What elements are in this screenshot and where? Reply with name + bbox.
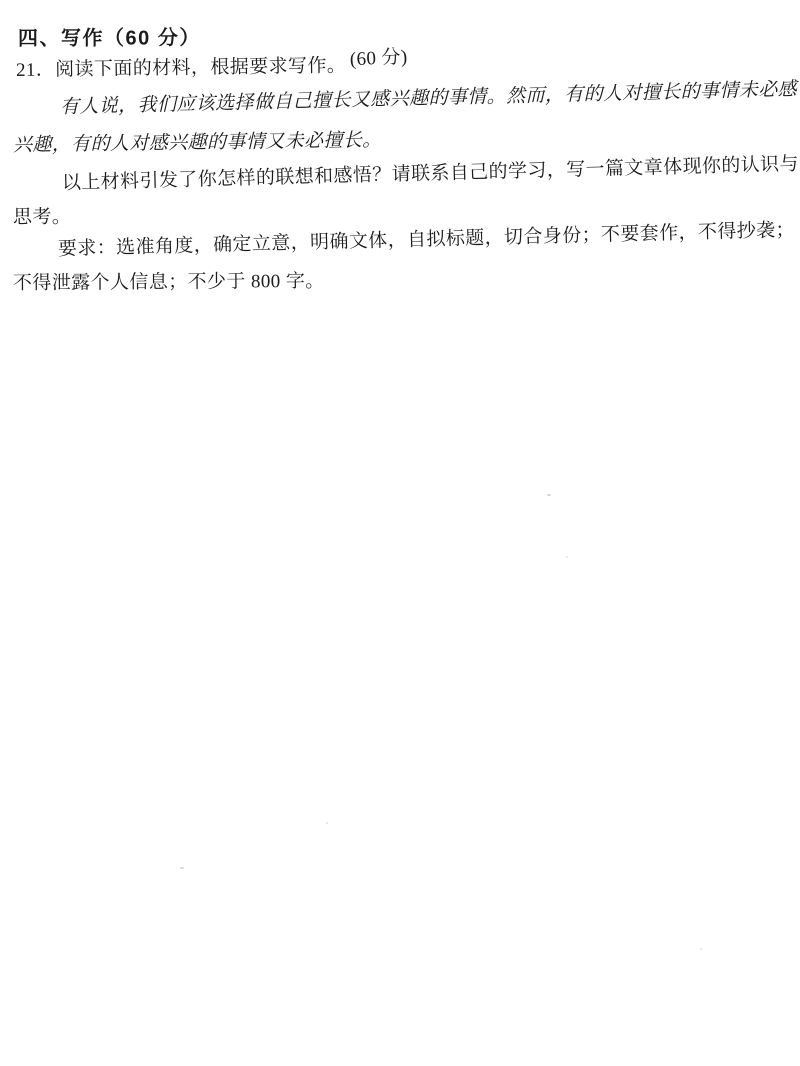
scan-speckle (700, 948, 702, 950)
scan-speckle (566, 556, 568, 558)
question-line: 21．阅读下面的材料，根据要求写作。(60 分) (16, 54, 408, 83)
prompt-line-1: 以上材料引发了你怎样的联想和感悟？请联系自己的学习，写一篇文章体现你的认识与 (62, 153, 800, 196)
material-line-2: 兴趣，有的人对感兴趣的事情又未必擅长。 (13, 129, 382, 158)
scan-speckle (180, 867, 184, 869)
question-score: (60 分) (350, 46, 409, 73)
question-intro: 21．阅读下面的材料，根据要求写作。 (16, 55, 346, 81)
material-line-1: 有人说，我们应该选择做自己擅长又感兴趣的事情。然而，有的人对擅长的事情未必感 (60, 78, 798, 120)
scanned-exam-page: 四、写作（60 分） 21．阅读下面的材料，根据要求写作。(60 分) 有人说，… (0, 0, 800, 1066)
scan-speckle (326, 822, 328, 824)
requirements-line-1: 要求：选准角度，确定立意，明确文体，自拟标题，切合身份；不要套作，不得抄袭； (58, 219, 796, 262)
scan-speckle (547, 494, 551, 496)
prompt-line-2: 思考。 (13, 206, 71, 230)
section-heading: 四、写作（60 分） (18, 26, 201, 51)
requirements-line-2: 不得泄露个人信息；不少于 800 字。 (13, 270, 325, 296)
